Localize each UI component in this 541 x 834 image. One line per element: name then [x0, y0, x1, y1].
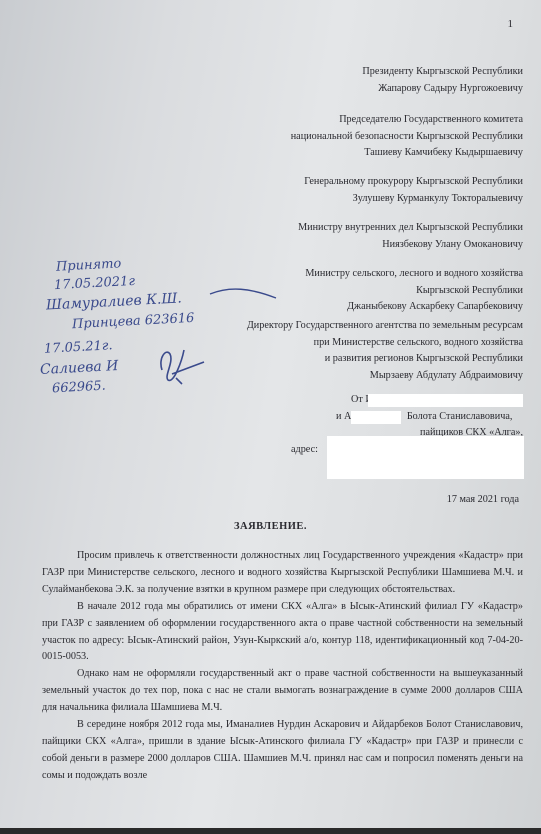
- addressee-line: Председателю Государственного комитета: [291, 112, 523, 129]
- document-title: ЗАЯВЛЕНИЕ.: [0, 521, 541, 532]
- redaction-box: [430, 394, 523, 407]
- document-date: 17 мая 2021 года: [447, 494, 519, 505]
- handwritten-note: 662965.: [52, 379, 106, 397]
- handwritten-note: Принято: [56, 256, 122, 274]
- addressee-agriculture-minister: Министру сельского, лесного и водного хо…: [305, 266, 523, 316]
- addressee-gknb: Председателю Государственного комитета н…: [291, 112, 523, 162]
- addressee-president: Президенту Кыргызской Республики Жапаров…: [362, 64, 523, 97]
- document-body: Просим привлечь к ответственности должно…: [42, 548, 523, 785]
- signature-icon: [148, 340, 208, 390]
- handwritten-note: 17.05.21г.: [44, 338, 113, 357]
- addressee-line: национальной безопасности Кыргызской Рес…: [291, 129, 523, 146]
- addressee-line: Мырзаеву Абдулату Абдраимовичу: [247, 368, 523, 385]
- addressee-line: Жапарову Садыру Нургожоевичу: [362, 81, 523, 98]
- addressee-interior-minister: Министру внутренних дел Кыргызской Респу…: [298, 220, 523, 253]
- paragraph: Просим привлечь к ответственности должно…: [42, 548, 523, 599]
- addressee-land-agency: Директору Государственного агентства по …: [247, 318, 523, 384]
- addressee-line: Ташиеву Камчибеку Кыдыршаевичу: [291, 145, 523, 162]
- paragraph: В середине ноября 2012 года мы, Иманалие…: [42, 717, 523, 785]
- addressee-line: Ниязбекову Улану Омокановичу: [298, 237, 523, 254]
- addressee-line: Президенту Кыргызской Республики: [362, 64, 523, 81]
- addressee-prosecutor: Генеральному прокурору Кыргызской Респуб…: [304, 174, 523, 207]
- handwritten-note: Салиева И: [40, 358, 119, 378]
- document-page: 1 Президенту Кыргызской Республики Жапар…: [0, 0, 541, 834]
- photo-edge: [0, 828, 541, 834]
- address-label: адрес:: [291, 444, 318, 455]
- addressee-line: при Министерстве сельского, водного хозя…: [247, 335, 523, 352]
- addressee-line: Зулушеву Курманкулу Токторалыевичу: [304, 191, 523, 208]
- paragraph: Однако нам не оформляли государственный …: [42, 666, 523, 717]
- signature-icon: [150, 284, 280, 304]
- page-number: 1: [508, 18, 514, 30]
- addressee-line: Директору Государственного агентства по …: [247, 318, 523, 335]
- addressee-line: Министру сельского, лесного и водного хо…: [305, 266, 523, 283]
- paragraph: В начале 2012 года мы обратились от имен…: [42, 599, 523, 667]
- addressee-line: и развития регионов Кыргызской Республик…: [247, 351, 523, 368]
- addressee-line: Джаныбекову Аскарбеку Сапарбековичу: [305, 299, 523, 316]
- redaction-box: [351, 411, 401, 424]
- addressee-line: Генеральному прокурору Кыргызской Респуб…: [304, 174, 523, 191]
- redaction-box: [327, 436, 524, 479]
- handwritten-note: Принцева 623616: [72, 311, 195, 332]
- handwritten-note: 17.05.2021г: [54, 274, 136, 293]
- addressee-line: Министру внутренних дел Кыргызской Респу…: [298, 220, 523, 237]
- addressee-line: Кыргызской Республики: [305, 283, 523, 300]
